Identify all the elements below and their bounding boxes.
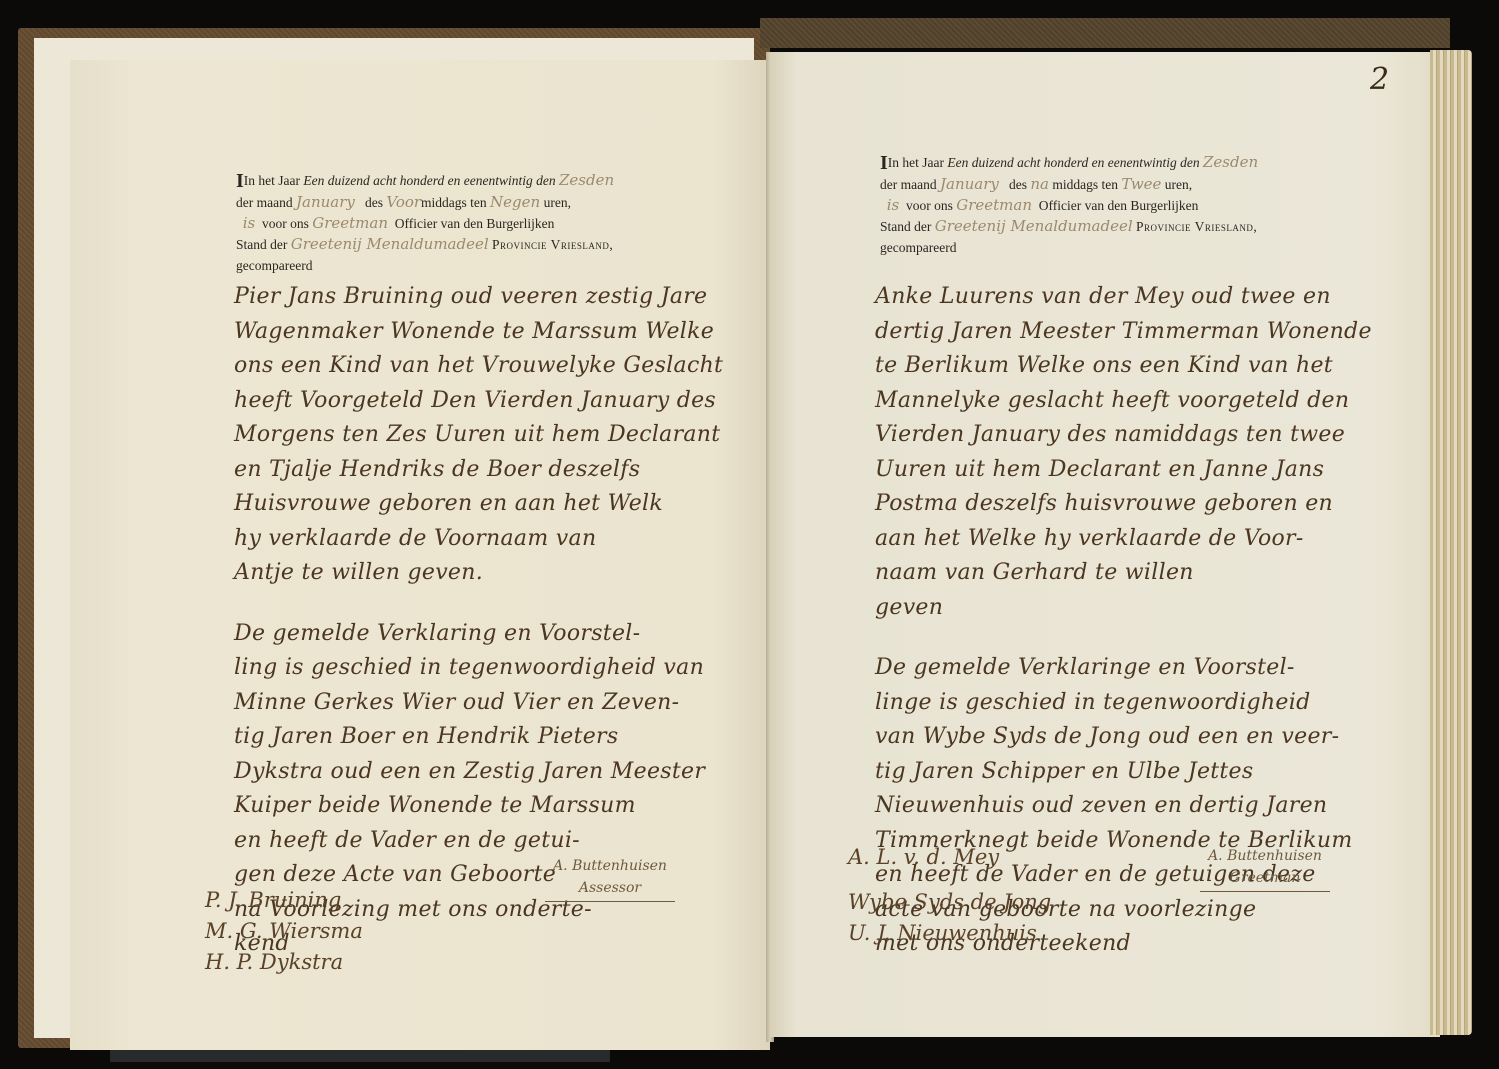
handwritten-line: Uuren uit hem Declarant en Janne Jans: [875, 453, 1435, 488]
handwritten-line: Huisvrouwe geboren en aan het Welk: [234, 487, 714, 522]
handwritten-line: en heeft de Vader en de getui-: [234, 824, 714, 859]
handwritten-line: geven: [875, 591, 1435, 626]
month-field: January: [296, 193, 355, 211]
handwritten-line: ling is geschied in tegenwoordigheid van: [234, 651, 714, 686]
place-field: Greetenij Menaldumadeel: [291, 235, 489, 253]
handwritten-line: tig Jaren Schipper en Ulbe Jettes: [875, 755, 1435, 790]
official-field: Greetman: [956, 196, 1032, 214]
place-field: Greetenij Menaldumadeel: [935, 217, 1133, 235]
handwritten-line: Mannelyke geslacht heeft voorgeteld den: [875, 384, 1435, 419]
handwritten-line: Nieuwenhuis oud zeven en dertig Jaren: [875, 789, 1435, 824]
handwritten-line: De gemelde Verklaring en Voorstel-: [234, 617, 714, 652]
page-number: 2: [1370, 62, 1389, 97]
hour-field: Twee: [1121, 175, 1161, 193]
right-printed-form: IIn het Jaar Een duizend acht honderd en…: [880, 152, 1258, 258]
left-official-signature: A. Buttenhuisen Assessor: [500, 855, 720, 902]
right-signatures: A. L. v. d. Mey Wybe Syds de Jong U. J. …: [848, 842, 1051, 949]
day-field: Zesden: [1203, 153, 1258, 171]
handwritten-line: van Wybe Syds de Jong oud een en veer-: [875, 720, 1435, 755]
handwritten-line: ons een Kind van het Vrouwelyke Geslacht: [234, 349, 714, 384]
handwritten-line: Kuiper beide Wonende te Marssum: [234, 789, 714, 824]
handwritten-line: naam van Gerhard te willen: [875, 556, 1435, 591]
handwritten-line: Anke Luurens van der Mey oud twee en: [875, 280, 1435, 315]
month-field: January: [940, 175, 999, 193]
handwritten-line: [234, 591, 714, 617]
handwritten-line: heeft Voorgeteld Den Vierden January des: [234, 384, 714, 419]
handwritten-line: Morgens ten Zes Uuren uit hem Declarant: [234, 418, 714, 453]
handwritten-line: dertig Jaren Meester Timmerman Wonende: [875, 315, 1435, 350]
drop-cap: I: [236, 170, 244, 192]
drop-cap: I: [880, 152, 888, 174]
handwritten-line: linge is geschied in tegenwoordigheid: [875, 686, 1435, 721]
handwritten-line: hy verklaarde de Voornaam van: [234, 522, 714, 557]
handwritten-line: Postma deszelfs huisvrouwe geboren en: [875, 487, 1435, 522]
right-official-signature: A. Buttenhuisen Greetman: [1150, 845, 1380, 892]
handwritten-line: Antje te willen geven.: [234, 556, 714, 591]
handwritten-line: Pier Jans Bruining oud veeren zestig Jar…: [234, 280, 714, 315]
day-field: Zesden: [559, 171, 614, 189]
hour-field: Negen: [490, 193, 540, 211]
left-signatures: P. J. Bruining M. G. Wiersma H. P. Dykst…: [205, 885, 363, 978]
handwritten-line: Wagenmaker Wonende te Marssum Welke: [234, 315, 714, 350]
left-printed-form: IIn het Jaar Een duizend acht honderd en…: [236, 170, 614, 276]
handwritten-line: Vierden January des namiddags ten twee: [875, 418, 1435, 453]
handwritten-line: en Tjalje Hendriks de Boer deszelfs: [234, 453, 714, 488]
official-field: Greetman: [312, 214, 388, 232]
ampm-field: Voor: [386, 193, 421, 211]
handwritten-line: Minne Gerkes Wier oud Vier en Zeven-: [234, 686, 714, 721]
book-cover-top: [760, 18, 1450, 48]
handwritten-line: [875, 625, 1435, 651]
handwritten-line: Dykstra oud een en Zestig Jaren Meester: [234, 755, 714, 790]
page-edges: [1430, 50, 1472, 1035]
handwritten-line: tig Jaren Boer en Hendrik Pieters: [234, 720, 714, 755]
handwritten-line: De gemelde Verklaringe en Voorstel-: [875, 651, 1435, 686]
handwritten-line: te Berlikum Welke ons een Kind van het: [875, 349, 1435, 384]
handwritten-line: aan het Welke hy verklaarde de Voor-: [875, 522, 1435, 557]
ampm-field: na: [1030, 175, 1049, 193]
